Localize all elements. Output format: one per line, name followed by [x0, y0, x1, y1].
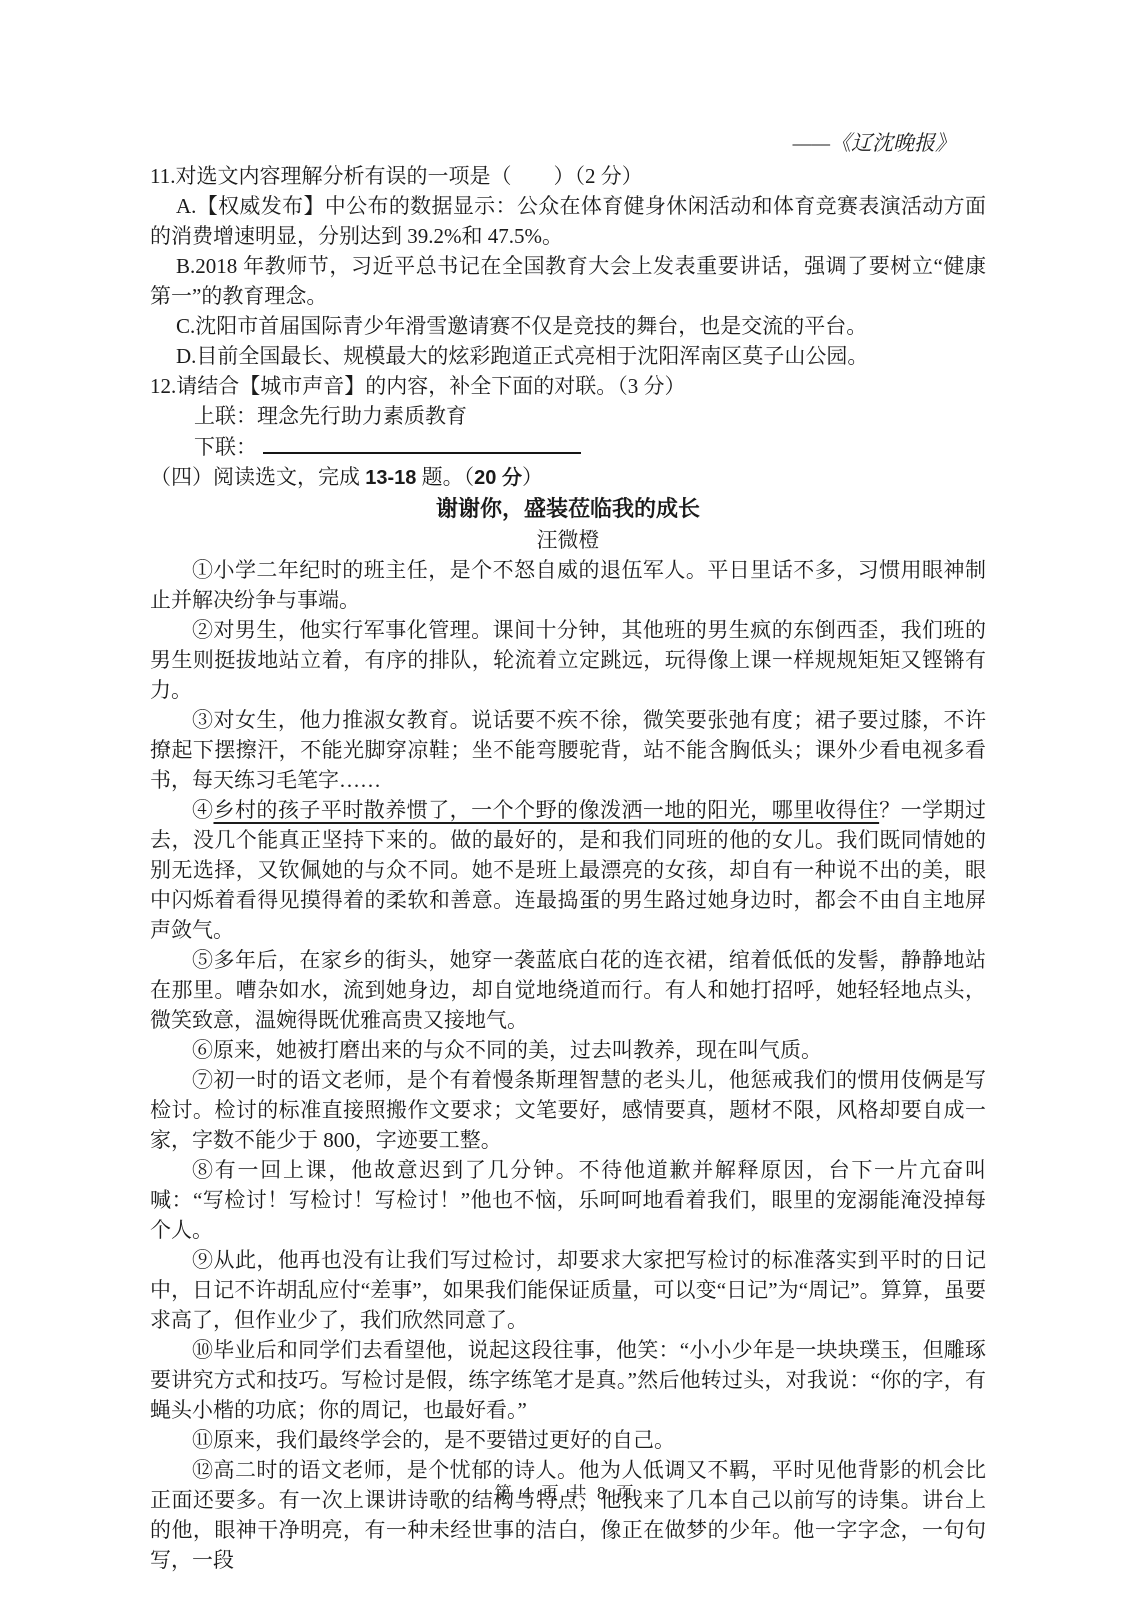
question-range: 13-18 [365, 467, 416, 489]
section-4-heading: （四）阅读选文，完成 13-18 题。（20 分） [150, 462, 986, 493]
question-11-option-c: C.沈阳市首届国际青少年滑雪邀请赛不仅是竞技的舞台，也是交流的平台。 [150, 311, 986, 341]
paragraph-4-underlined-text: 乡村的孩子平时散养惯了，一个个野的像泼洒一地的阳光，哪里收得住 [213, 798, 879, 822]
page-footer: 第 4 页 共 8 页 [0, 1478, 1131, 1508]
question-11-option-d: D.目前全国最长、规模最大的炫彩跑道正式亮相于沈阳浑南区莫子山公园。 [150, 341, 986, 371]
essay-paragraph-5: ⑤多年后，在家乡的街头，她穿一袭蓝底白花的连衣裙，绾着低低的发髻，静静地站在那里… [150, 945, 986, 1035]
answer-blank-line [263, 431, 581, 454]
essay-paragraph-1: ①小学二年纪时的班主任，是个不怒自威的退伍军人。平日里话不多，习惯用眼神制止并解… [150, 555, 986, 615]
paragraph-4-marker: ④ [192, 798, 213, 822]
essay-paragraph-2: ②对男生，他实行军事化管理。课间十分钟，其他班的男生疯的东倒西歪，我们班的男生则… [150, 615, 986, 705]
essay-paragraph-9: ⑨从此，他再也没有让我们写过检讨，却要求大家把写检讨的标准落实到平时的日记中，日… [150, 1245, 986, 1335]
exam-page: ——《辽沈晚报》 11.对选文内容理解分析有误的一项是（ ）（2 分） A.【权… [0, 0, 1131, 1600]
essay-author: 汪微橙 [150, 525, 986, 555]
page-content: ——《辽沈晚报》 11.对选文内容理解分析有误的一项是（ ）（2 分） A.【权… [150, 128, 986, 1575]
section-heading-text: （四）阅读选文，完成 [150, 465, 365, 489]
essay-title: 谢谢你，盛装莅临我的成长 [150, 493, 986, 525]
question-11-stem: 11.对选文内容理解分析有误的一项是（ ）（2 分） [150, 161, 986, 191]
essay-paragraph-10: ⑩毕业后和同学们去看望他，说起这段往事，他笑：“小小少年是一块块璞玉，但雕琢要讲… [150, 1335, 986, 1425]
essay-paragraph-3: ③对女生，他力推淑女教育。说话要不疾不徐，微笑要张弛有度；裙子要过膝，不许撩起下… [150, 705, 986, 795]
couplet-lower-label: 下联： [194, 435, 257, 459]
section-heading-suffix: ） [522, 465, 543, 489]
section-heading-mid: 题。（ [416, 465, 474, 489]
couplet-upper-line: 上联：理念先行助力素质教育 [194, 401, 986, 431]
section-score: 20 分 [474, 467, 522, 489]
question-11-option-a: A.【权威发布】中公布的数据显示：公众在体育健身休闲活动和体育竞赛表演活动方面的… [150, 191, 986, 251]
couplet-lower-line: 下联： [194, 431, 986, 462]
essay-paragraph-11: ⑪原来，我们最终学会的，是不要错过更好的自己。 [150, 1425, 986, 1455]
question-12-stem: 12.请结合【城市声音】的内容，补全下面的对联。（3 分） [150, 371, 986, 401]
essay-paragraph-6: ⑥原来，她被打磨出来的与众不同的美，过去叫教养，现在叫气质。 [150, 1035, 986, 1065]
essay-paragraph-4: ④乡村的孩子平时散养惯了，一个个野的像泼洒一地的阳光，哪里收得住？一学期过去，没… [150, 795, 986, 945]
source-attribution: ——《辽沈晚报》 [150, 128, 986, 158]
question-11-option-b: B.2018 年教师节，习近平总书记在全国教育大会上发表重要讲话，强调了要树立“… [150, 251, 986, 311]
essay-paragraph-12: ⑫高二时的语文老师，是个忧郁的诗人。他为人低调又不羁，平时见他背影的机会比正面还… [150, 1455, 986, 1575]
essay-paragraph-8: ⑧有一回上课，他故意迟到了几分钟。不待他道歉并解释原因，台下一片亢奋叫喊：“写检… [150, 1155, 986, 1245]
essay-paragraph-7: ⑦初一时的语文老师，是个有着慢条斯理智慧的老头儿，他惩戒我们的惯用伎俩是写检讨。… [150, 1065, 986, 1155]
